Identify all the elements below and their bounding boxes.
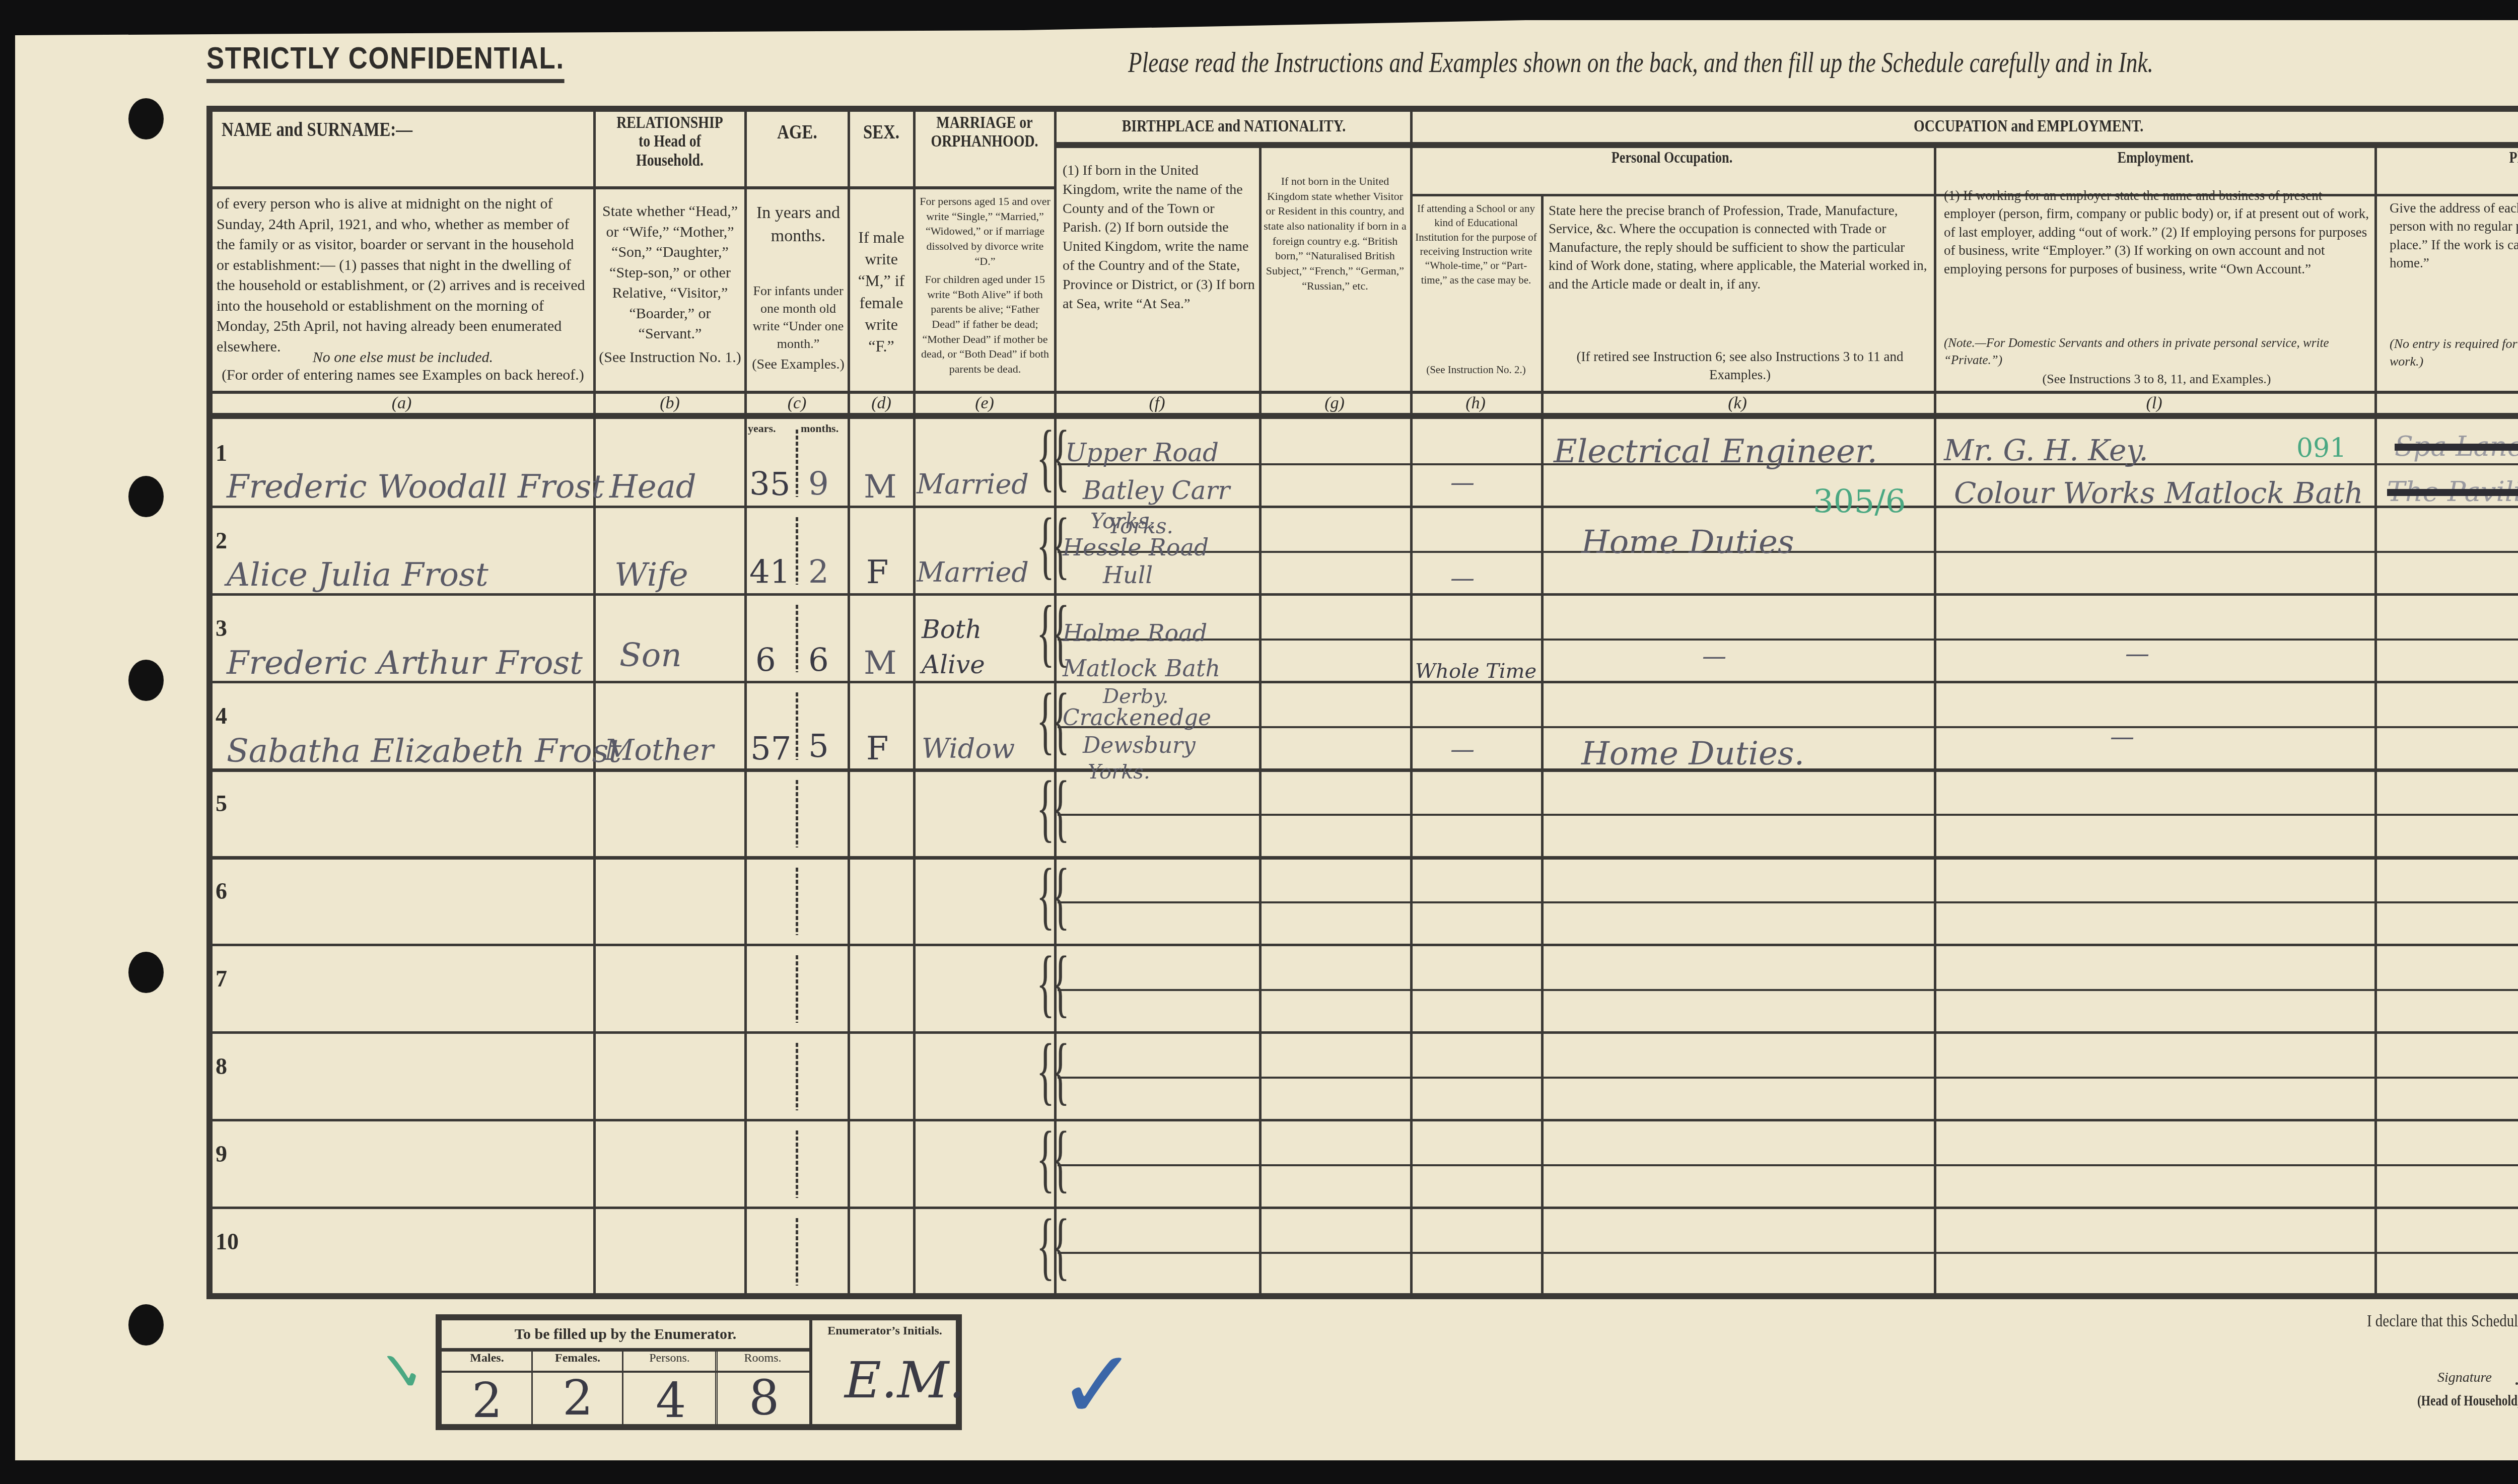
row-subdivider [1058,1252,2518,1254]
row4-birthplace-1: Crackenedge [1063,705,1211,731]
divider [531,1352,533,1424]
col-letter-d: (d) [849,394,914,413]
row4-sex: F [866,730,888,767]
row2-age-years: 41 [749,554,790,591]
punch-hole [128,1304,164,1346]
col-c-note: For infants under one month old write “U… [750,282,846,352]
row4-age-months: 5 [808,728,829,765]
row3-sex: M [864,645,897,682]
row1-employment-1: Mr. G. H. Key. [1944,433,2148,467]
row3-birthplace-1: Holme Road [1063,619,1207,647]
col-line [848,108,850,1297]
age-divider [796,605,798,672]
col-letter-f: (f) [1055,394,1259,413]
occupation-group-title: OCCUPATION and EMPLOYMENT. [1914,117,2203,135]
age-divider [796,692,798,760]
row-divider [209,593,2518,596]
row4-marriage: Widow [922,733,1015,764]
col-letter-c: (c) [745,394,849,413]
divider [715,1352,718,1424]
row1-occupation-code: 305/6 [1813,483,1906,521]
col-letter-k: (k) [1541,394,1934,413]
col-h-note: (See Instruction No. 2.) [1413,363,1540,377]
signature-caption: (Head of Household, Manager of Establish… [2417,1392,2518,1409]
col-a-note2: (For order of entering names see Example… [217,365,589,386]
row1-school: — [1450,468,1475,497]
enum-initials: E.M. [845,1351,965,1409]
row-number: 6 [216,878,227,904]
col-line [913,108,916,1297]
col-f-body: (1) If born in the United Kingdom, write… [1063,161,1256,313]
row-number: 10 [216,1228,239,1255]
col-k-note: (If retired see Instruction 6; see also … [1549,347,1931,384]
row2-marriage: Married [917,556,1029,588]
col-letter-l: (l) [1934,394,2374,413]
row2-relationship: Wife [614,556,688,594]
age-divider [796,1130,798,1198]
row2-sex: F [866,554,888,591]
row3-age-months: 6 [808,642,829,679]
persons-value: 4 [656,1373,686,1429]
col-line [1259,146,1262,1297]
brace-icon: { [1052,1208,1070,1284]
row-number: 9 [216,1141,227,1167]
males-value: 2 [472,1373,502,1429]
brace-icon: { [1052,770,1070,845]
row-subdivider [1058,989,2518,991]
signature-label: Signature [2437,1370,2492,1386]
row1-employment-code: 091 [2296,433,2346,463]
rooms-label: Rooms. [716,1352,809,1365]
enumerator-summary-box: To be filled up by the Enumerator. Enume… [436,1314,962,1430]
row2-birthplace-1: Hessle Road [1063,534,1209,561]
brace-icon: { [1052,1120,1070,1196]
row4-name: Sabatha Elizabeth Frost [227,733,621,770]
col-b-title: RELATIONSHIP to Head of Household. [610,113,730,170]
age-divider [796,1043,798,1110]
col-line [2374,146,2377,1297]
col-e-note: For children aged under 15 write “Both A… [918,272,1053,377]
brace-icon: { [1052,945,1070,1021]
col-letter-b: (b) [594,394,745,413]
col-a-body: of every person who is alive at midnight… [217,194,589,357]
col-e-body: For persons aged 15 and over write “Sing… [918,194,1053,268]
row4-occupation: Home Duties. [1581,735,1804,772]
row3-age-years: 6 [755,642,776,679]
rule [209,413,2518,419]
divider [622,1352,623,1424]
row3-name: Frederic Arthur Frost [227,645,583,682]
row-subdivider [1058,726,2518,728]
age-divider [796,955,798,1023]
row-divider [209,1207,2518,1209]
row1-place-struck-2: The Pavilion [2387,476,2518,508]
instructions-text: Please read the Instructions and Example… [1128,46,2153,79]
row2-occupation: Home Duties [1581,524,1794,561]
row3-employment: — [2125,640,2149,668]
row-number: 4 [216,702,227,729]
row-number: 2 [216,527,227,554]
males-label: Males. [442,1352,532,1365]
col-b-body: State whether “Head,” or “Wife,” “Mother… [598,201,742,344]
punch-hole [128,476,164,517]
row4-age-years: 57 [750,730,791,767]
signature-line [2515,1382,2518,1385]
col-k-body: State here the precise branch of Profess… [1549,201,1931,293]
row1-place-struck-1: Spa Lane Co. [2395,431,2518,462]
age-divider [796,430,798,497]
col-m-note: (No entry is required for any person who… [2390,335,2518,370]
row3-relationship: Son [619,637,682,674]
row-number: 5 [216,790,227,817]
rule [209,186,1055,189]
row2-birthplace-2: Hull [1103,561,1153,589]
age-divider [796,517,798,585]
row-divider [209,944,2518,946]
col-letter-h: (h) [1410,394,1541,413]
col-line [1934,146,1936,1297]
row-number: 1 [216,440,227,466]
col-e-title: MARRIAGE or ORPHANHOOD. [929,113,1040,151]
row-divider [209,856,2518,860]
row3-marriage: Both Alive [922,612,1042,682]
col-l-note2: (See Instructions 3 to 8, 11, and Exampl… [1944,370,2369,388]
col-d-body: If male write “M,” if female write “F.” [851,227,912,357]
row1-employment-2: Colour Works Matlock Bath [1954,476,2363,510]
col-l-body: (1) If working for an employer state the… [1944,186,2369,278]
row3-birthplace-2: Matlock Bath [1063,655,1220,682]
row1-marriage: Married [917,468,1029,500]
row1-birthplace-1: Upper Road [1065,438,1219,467]
row-divider [209,1031,2518,1034]
brace-icon: { [1052,858,1070,933]
col-m-body: Give the address of each person’s place … [2390,199,2518,272]
punch-hole [128,98,164,139]
col-m-title: Place of Work. [2408,149,2518,166]
punch-hole [128,660,164,701]
row1-relationship: Head [609,468,696,506]
page-title: STRICTLY CONFIDENTIAL. [206,40,565,83]
col-b-note: (See Instruction No. 1.) [598,347,742,368]
green-check-mark: ✓ [378,1339,424,1404]
punch-hole [128,952,164,993]
col-letter-g: (g) [1259,394,1410,413]
row3-school: Whole Time [1415,660,1536,683]
row1-age-years: 35 [749,466,790,503]
row4-birthplace-3: Yorks. [1088,760,1150,784]
age-divider [796,780,798,847]
persons-label: Persons. [623,1352,716,1365]
col-l-note: (Note.—For Domestic Servants and others … [1944,335,2369,369]
col-c-note2: (See Examples.) [750,355,846,374]
row1-name: Frederic Woodall Frost [227,468,604,506]
row-subdivider [1058,901,2518,903]
col-d-title: SEX. [857,121,906,143]
enum-initials-label: Enumerator’s Initials. [814,1324,955,1338]
row4-relationship: Mother [604,733,714,767]
row-subdivider [1058,814,2518,816]
col-g-body: If not born in the United Kingdom state … [1262,174,1409,294]
enum-box-header: To be filled up by the Enumerator. [442,1320,809,1352]
row-number: 8 [216,1053,227,1080]
col-c-body: In years and months. [750,201,846,248]
age-divider [796,1218,798,1286]
females-value: 2 [563,1371,593,1426]
col-letter-e: (e) [914,394,1055,413]
rule [1055,142,2518,148]
row-subdivider [1058,1077,2518,1079]
declaration-text: I declare that this Schedule is correctl… [2367,1312,2518,1331]
birthplace-group-title: BIRTHPLACE and NATIONALITY. [1089,117,1378,135]
col-letter-m: (m) [2374,394,2518,413]
row2-age-months: 2 [808,554,829,591]
row4-employment: — [2110,723,2134,751]
row4-school: — [1450,735,1475,763]
row1-age-months: 9 [808,466,829,503]
col-line [744,108,747,1297]
blue-check-mark: ✓ [1058,1329,1138,1441]
row4-birthplace-2: Dewsbury [1083,733,1196,758]
col-k-title: Personal Occupation. [1457,149,1887,166]
age-months-label: months. [801,422,838,435]
age-divider [796,868,798,935]
instructions-banner: Please read the Instructions and Example… [1128,45,2153,79]
row1-birthplace-2: Batley Carr [1083,476,1230,505]
rooms-value: 8 [749,1371,779,1426]
row3-occupation: — [1702,642,1726,670]
row-divider [209,1119,2518,1121]
females-label: Females. [532,1352,623,1365]
col-l-title: Employment. [1976,149,2335,166]
row-number: 3 [216,615,227,642]
brace-icon: { [1052,1033,1070,1108]
row-number: 7 [216,965,227,992]
col-line [1541,196,1544,1297]
row-subdivider [1058,1164,2518,1166]
age-years-label: years. [748,422,776,435]
row1-sex: M [864,468,897,506]
row-subdivider [1058,639,2518,641]
row2-name: Alice Julia Frost [227,556,488,594]
divider [809,1320,812,1424]
col-letter-a: (a) [209,394,594,413]
col-line [593,108,596,1297]
col-h-body: If attending a School or any kind of Edu… [1413,201,1540,287]
row2-school: — [1450,564,1475,592]
col-a-title: NAME and SURNAME:— [222,118,428,140]
col-c-title: AGE. [758,121,836,143]
row1-occupation: Electrical Engineer. [1554,433,1877,470]
